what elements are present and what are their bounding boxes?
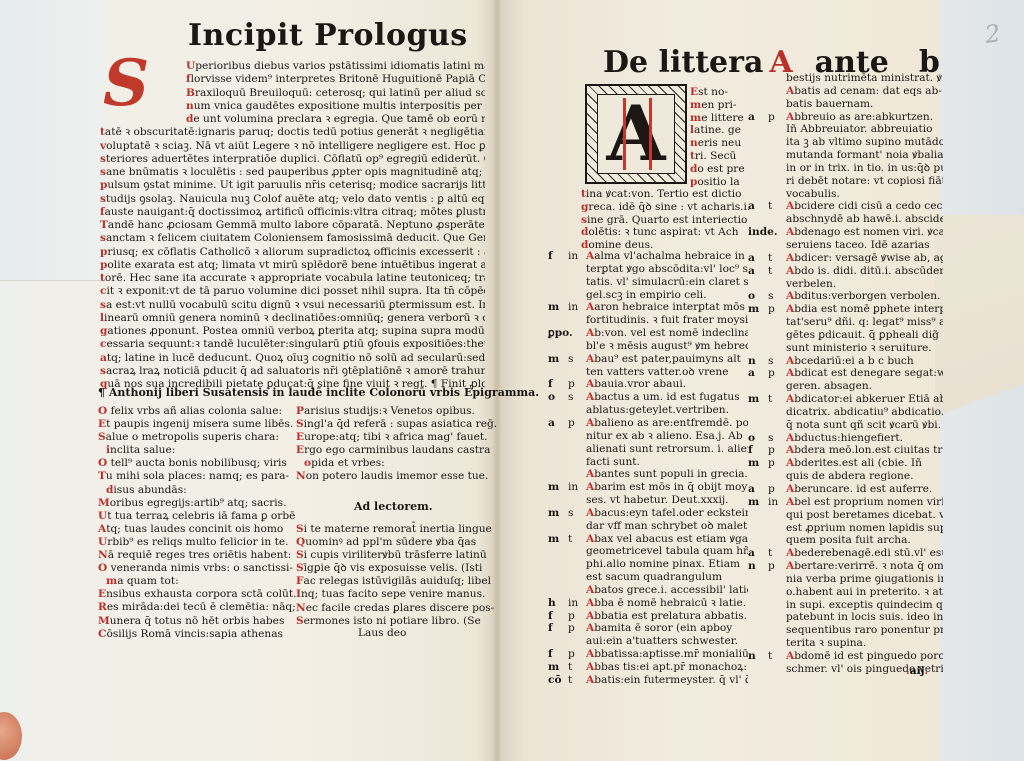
dictionary-entry-line: est ꝓprium nomen lapidis super [748,522,943,535]
entry-text: Abel est proprium nomen viri [786,496,943,509]
dictionary-entry-line: fpAbdera meō.lon.est ciuitas tra [748,444,943,457]
gender-marker: f [548,250,568,263]
declension-marker [568,366,586,379]
dictionary-entry-line: facti sunt. [548,456,748,469]
dictionary-entry-line: msAbau⁹ est pater,pauimyns alt [548,353,748,366]
dictionary-entry-line: seruiens taceo. Idē azarias [748,239,943,252]
gender-marker: a [748,265,768,278]
lector-verse-line: Si te materne remorat̄ inertia lingue [296,523,486,536]
entry-text: Abba ē nomē hebraicū ꝛ latie. [586,597,748,610]
dictionary-entry-line: fpAbauia.vror abaui. [548,378,748,391]
dictionary-entry-line: fpAbamita ē soror (ein apboy [548,622,748,635]
declension-marker: p [768,444,786,457]
gender-marker [748,213,768,226]
gender-marker: a [748,367,768,380]
intro-line: do est pre [690,163,750,176]
entry-text: qui post beretames dicebat. vel [786,509,943,522]
intro-line: tina ꝟcat:von. Tertio est dictio [581,188,749,201]
dictionary-entry-line: aui:ein a'tuatters schwester. [548,635,748,648]
rubric-stroke [649,98,652,170]
gender-marker [748,611,768,624]
entry-text: Abcedariū:ei a b c buch [786,355,943,368]
entry-text: Abatis:ein futermeyster. q̄ vl' q̄ [586,674,748,687]
dictionary-entry-line: q̄ nota sunt qñ scit ꝟcarū ꝟbi. [748,419,943,432]
gender-marker [548,545,568,558]
declension-marker [768,213,786,226]
entry-text: ri debēt notare: vt copiosi fiāt in [786,175,943,188]
dictionary-entry-line: patebunt in locis suis. ideo in [748,611,943,624]
entry-text: Abacus:eyn tafel.oder eckstein [586,507,748,520]
entry-text: Abalieno as are:entfremdē. po [586,417,748,430]
prologue-line: voluptatē ꝛ sciaꝫ. Nā vt aiūt Legere ꝛ n… [100,140,485,153]
declension-marker: in [568,250,586,263]
gender-marker: f [548,378,568,391]
epigram-verse-line: Moribus egregijs:artib⁹ atq; sacris. [98,497,288,510]
dictionary-entry-line: mtAbax vel abacus est etiam ꝟga [548,533,748,546]
prologue-line: sa est:vt nullū vocabulū scitu dignū ꝛ v… [100,299,485,312]
woodcut-frame: A [597,94,675,174]
declension-marker [768,637,786,650]
declension-marker [768,329,786,342]
gender-marker: o [748,290,768,303]
entry-text: geometricevel tabula quam hñt [586,545,748,558]
declension-marker: s [768,432,786,445]
dictionary-entry-line: fpAbbatia est prelatura abbatis. [548,610,748,623]
declension-marker: t [768,200,786,213]
epigram-verse-line: Cōsilijs Romā vincis:sapia athenas [98,628,288,641]
declension-marker [768,278,786,291]
epigram-verse-line: opida et vrbes: [296,457,486,470]
entry-text: quem posita fuit archa. [786,534,943,547]
declension-marker [568,545,586,558]
gender-marker [748,380,768,393]
gender-marker: n [748,355,768,368]
entry-text: ablatus:geteylet.vertriben. [586,404,748,417]
gender-marker [548,289,568,302]
entry-text: Abbas tis:ei apt.pr̄ monachoꝝ: [586,661,748,674]
entry-text: Abarim est mōs in q̄ obijt moy [586,481,748,494]
declension-marker [768,534,786,547]
declension-marker [568,404,586,417]
gender-marker: cō [548,674,568,687]
gender-marker: ꝑpo. [548,327,568,340]
declension-marker [768,136,786,149]
entry-text: Abatos grece.i. accessibil' latie. [586,584,748,597]
lector-verse-line: Si cupis viriliterꝟbū trāsferre latinū [296,549,486,562]
declension-marker [768,226,786,239]
epigram-verse-line: Ergo ego carminibus laudans castra [296,444,486,457]
declension-marker [568,289,586,302]
folded-page-corner [935,215,1024,515]
gender-marker: inde. [748,226,768,239]
dictionary-entry-line: geometricevel tabula quam hñt [548,545,748,558]
dictionary-entry-line: terꝑtat ꝟgo abscōdita:vl' loc⁹ sni [548,263,748,276]
epigram-verse-line: Tu mihi sola places: namq; es para- [98,470,288,483]
prologue-line: polite exarata est atq; limata vt mirū s… [100,259,485,272]
prologue-line: Uperioribus diebus varios pstātissimi id… [100,60,485,73]
entry-text: Abactus a um. id est fugatus [586,391,748,404]
entry-text: fortitudinis. ꝛ fuit frater moysi. [586,314,748,327]
gender-marker [748,162,768,175]
dictionary-entry-line: finAalma vl'achalma hebraice in [548,250,748,263]
dictionary-entry-line: minAbarim est mōs in q̄ obijt moy [548,481,748,494]
gender-marker: a [748,111,768,124]
gender-marker: m [748,457,768,470]
entry-text: Abdicator:ei abkeruer Etiā ab [786,393,943,406]
declension-marker [768,509,786,522]
declension-marker: t [568,661,586,674]
entry-text: Aalma vl'achalma hebraice in [586,250,748,263]
entry-text: Abederebenagē.edi stū.vl' esuꝫ [786,547,943,560]
entry-text: terꝑtat ꝟgo abscōdita:vl' loc⁹ sni [586,263,748,276]
gender-marker [548,263,568,276]
prologue-line: steriores aduertētes interpratiōe duplic… [100,153,485,166]
entry-text: Abertare:verirrē. ꝛ nota q̄ om [786,560,943,573]
entry-text: phi.alio nomine pinax. Etiam [586,558,748,571]
epigram-verse-line: Urbib⁹ es reliqs multo felicior in te. [98,536,288,549]
prologue-line: studijs ꝯsolaꝫ. Nauicula nuꝫ Colof auēte… [100,193,485,206]
declension-marker [568,635,586,648]
gender-marker [748,573,768,586]
declension-marker [768,188,786,201]
prologue-line: sanctam ꝛ felicem ciuitatem Coloniensem … [100,232,485,245]
gender-marker: n [748,650,768,663]
gender-marker [748,316,768,329]
lector-verse-line: Inq; tuas facito sepe venire manus. [296,588,486,601]
dictionary-entry-line: bestijs nutrimēta ministrat. ꝟ. [748,72,943,85]
declension-marker [568,468,586,481]
declension-marker: t [768,252,786,265]
declension-marker: p [568,378,586,391]
declension-marker [768,342,786,355]
declension-marker [768,522,786,535]
dictionary-entry-line: sequentibus raro ponentur pre [748,624,943,637]
declension-marker: in [768,496,786,509]
gender-marker: o [748,432,768,445]
entry-text: Abdera meō.lon.est ciuitas tra [786,444,943,457]
gender-marker: f [548,610,568,623]
gender-marker: a [748,547,768,560]
declension-marker: p [568,648,586,661]
entry-text: facti sunt. [586,456,748,469]
dictionary-entry-line: bl'e ꝛ mēsis august⁹ ꝟm hebreos [548,340,748,353]
epigram-verse-line: Parisius studijs:ꝛ Venetos opibus. [296,405,486,418]
declension-marker [568,456,586,469]
dictionary-entry-line: batis bauernam. [748,98,943,111]
dictionary-entry-line: geren. absagen. [748,380,943,393]
dictionary-entry-line: quis de abdera regione. [748,470,943,483]
epigram-verse-line: Et paupis ingenij misera sume libēs. [98,418,288,431]
gender-marker [548,571,568,584]
dictionary-entry-line: gel.scꝫ in empirio celi. [548,289,748,302]
entry-text: Iñ Abbreuiator. abbreuiatio [786,123,943,136]
dictionary-entry-line: ablatus:geteylet.vertriben. [548,404,748,417]
gender-marker [748,470,768,483]
epigram-verse-line: Europe:atq; tibi ꝛ africa mag' fauet. [296,431,486,444]
entry-text: in or in trix. in tio. in us:q̄ꝺ pue- [786,162,943,175]
dictionary-entry-line: osAbductus:hiengefiert. [748,432,943,445]
prologue-line: atq; latine in lucē deducunt. Quoꝝ oīuꝫ … [100,352,485,365]
declension-marker: p [768,111,786,124]
epigram-verse-line: Ut tua terraꝝ celebris iā fama ꝑ orbē [98,510,288,523]
declension-marker: in [568,481,586,494]
declension-marker: t [568,533,586,546]
ad-lectorem-heading: Ad lectorem. [354,500,433,513]
entry-text: Abductus:hiengefiert. [786,432,943,445]
dictionary-entry-line: osAbditus:verborgen verbolen. [748,290,943,303]
entry-text: Abax vel abacus est etiam ꝟga [586,533,748,546]
woodcut-initial: A [585,84,687,184]
entry-text: Abbatia est prelatura abbatis. [586,610,748,623]
gender-marker [748,522,768,535]
dictionary-entry-line: est sacum quadrangulum [548,571,748,584]
epigram-verse-line: O felix vrbs añ alias colonia salue: [98,405,288,418]
declension-marker: t [768,265,786,278]
gender-marker [748,85,768,98]
gender-marker: n [748,560,768,573]
entry-text: est sacum quadrangulum [586,571,748,584]
prologue-line: tatē ꝛ obscuritatē:ignaris paruq; doctis… [100,126,485,139]
ad-lectorem-verse: Si te materne remorat̄ inertia lingueQuo… [296,523,486,628]
gender-marker: m [548,533,568,546]
gender-marker [748,329,768,342]
declension-marker: s [568,391,586,404]
declension-marker [768,611,786,624]
declension-marker [768,85,786,98]
rubric-stroke [623,98,626,170]
declension-marker: s [568,353,586,366]
dictionary-entry-line: nsAbcedariū:ei a b c buch [748,355,943,368]
entry-text: Abbreuio as are:abkurtzen. [786,111,943,124]
entry-text: vocabulis. [786,188,943,201]
intro-text-beside-initial: Est no-men pri-me litterelatine. generis… [690,86,750,188]
gender-marker [548,494,568,507]
declension-marker [568,276,586,289]
declension-marker: p [768,560,786,573]
gender-marker [748,188,768,201]
gender-marker: a [748,252,768,265]
gender-marker: f [548,648,568,661]
lector-verse-line: Fac relegas istūvigilās auiduſq; libel [296,575,486,588]
dictionary-entry-line: cōtAbatis:ein futermeyster. q̄ vl' q̄ [548,674,748,687]
entry-text: geren. absagen. [786,380,943,393]
prologue-line: linearū omniū genera nominū ꝛ declinatiō… [100,312,485,325]
intro-line: greca. idē q̄ꝺ sine : vt acharis.i. [581,201,749,214]
gender-marker: a [748,200,768,213]
left-page-margin-repair [0,0,105,281]
declension-marker: t [768,547,786,560]
declension-marker [568,558,586,571]
gender-marker [748,98,768,111]
entry-text: Aberuncare. id est auferre. [786,483,943,496]
declension-marker [568,494,586,507]
epigram-verse-line: O tell⁹ aucta bonis nobilibusq; viris [98,457,288,470]
gender-marker [548,314,568,327]
gender-marker [548,340,568,353]
woodcut-letter: A [607,96,666,172]
dictionary-entry-line: alienati sunt retrorsum. i. alieni [548,443,748,456]
entry-text: dicatrix. abdicatiu⁹ abdicatio. [786,406,943,419]
dictionary-column-2: bestijs nutrimēta ministrat. ꝟ.Abatis ad… [748,72,943,676]
dictionary-entry-line: atAbcidere cidi cisū a cedo cecidi. [748,200,943,213]
dictionary-entry-line: Abatis ad cenam: dat eqs ab- [748,85,943,98]
dictionary-entry-line: atAbdo is. didi. ditū.i. abscūdere [748,265,943,278]
lector-verse-line: Sermones isto ni potiare libro. (Se [296,615,486,628]
declension-marker: s [768,290,786,303]
entry-text: Abdo is. didi. ditū.i. abscūdere [786,265,943,278]
dictionary-entry-line: ita ꝫ ab vltimo supino mutādo [748,136,943,149]
dictionary-entry-line: abschnydē ab hawē.i. abscider. [748,213,943,226]
gender-marker: h [548,597,568,610]
declension-marker: p [768,367,786,380]
dictionary-entry-line: in or in trix. in tio. in us:q̄ꝺ pue- [748,162,943,175]
prologue-line: gationes ꝓponunt. Postea omniū verboꝝ ꝑt… [100,325,485,338]
entry-text: terita ꝛ supina. [786,637,943,650]
dictionary-entry-line: ntAbdomē id est pinguedo porci: [748,650,943,663]
declension-marker [568,520,586,533]
intro-line: positio la [690,176,750,189]
entry-text: Abauia.vror abaui. [586,378,748,391]
gender-marker [548,276,568,289]
entry-text: batis bauernam. [786,98,943,111]
dictionary-entry-line: atAbdicer: versagē ꝟwise ab, agē [748,252,943,265]
entry-text: Ab:von. vel est nomē indeclina [586,327,748,340]
prologue-line: cessaria sequunt:ꝛ tandē luculēter:singu… [100,338,485,351]
gender-marker [748,534,768,547]
gender-marker [748,136,768,149]
dictionary-entry-line: mpAbderites.est ali (cbie. Iñ [748,457,943,470]
intro-line: men pri- [690,99,750,112]
gender-marker: m [548,481,568,494]
entry-text: ita ꝫ ab vltimo supino mutādo [786,136,943,149]
entry-text: quis de abdera regione. [786,470,943,483]
dictionary-entry-line: o.habent aui in preterito. ꝛ atū [748,586,943,599]
declension-marker [768,624,786,637]
gender-marker: m [748,303,768,316]
declension-marker [568,584,586,597]
entry-text: dar vff man schrybet oꝺ malet [586,520,748,533]
dictionary-entry-line: hinAbba ē nomē hebraicū ꝛ latie. [548,597,748,610]
dictionary-entry-line: tat'seru⁹ dñi. q: legat⁹ miss⁹ ad [748,316,943,329]
declension-marker [768,316,786,329]
gender-marker: f [548,622,568,635]
gender-marker [748,599,768,612]
gender-marker [748,123,768,136]
dictionary-entry-line: quem posita fuit archa. [748,534,943,547]
dictionary-entry-line: Abatos grece.i. accessibil' latie. [548,584,748,597]
dictionary-entry-line: mtAbbas tis:ei apt.pr̄ monachoꝝ: [548,661,748,674]
declension-marker [768,162,786,175]
declension-marker [768,419,786,432]
gender-marker [748,342,768,355]
declension-marker [568,314,586,327]
dictionary-entry-line: atAbederebenagē.edi stū.vl' esuꝫ [748,547,943,560]
entry-text: bestijs nutrimēta ministrat. ꝟ. [786,72,943,85]
declension-marker: p [768,303,786,316]
declension-marker [768,663,786,676]
dictionary-entry-line: mutanda formant' noia ꝟbalia [748,149,943,162]
prologue-text: Uperioribus diebus varios pstātissimi id… [100,60,485,391]
entry-text: abschnydē ab hawē.i. abscider. [786,213,943,226]
gender-marker [748,586,768,599]
entry-text: est ꝓprium nomen lapidis super [786,522,943,535]
epigram-verse-line: disus abundās: [98,484,288,497]
declension-marker [768,149,786,162]
prologue-line: Braxiloquū Breuiloquū: ceterosq; qui lat… [100,87,485,100]
epigram-column-b: Parisius studijs:ꝛ Venetos opibus.Singl'… [296,405,486,484]
prologue-line: Tandē hanc ꝓciosam Gemmā multo labore cō… [100,219,485,232]
declension-marker: p [568,610,586,623]
entry-text: aui:ein a'tuatters schwester. [586,635,748,648]
dictionary-entry-line: terita ꝛ supina. [748,637,943,650]
title-de-littera: De littera [603,45,763,80]
dictionary-entry-line: osAbactus a um. id est fugatus [548,391,748,404]
dictionary-entry-line: qui post beretames dicebat. vel [748,509,943,522]
declension-marker: s [568,507,586,520]
intro-line: tri. Secū [690,150,750,163]
epigram-verse-line: Nā requiē reges tres oriētis habent: [98,549,288,562]
declension-marker [568,430,586,443]
dictionary-entry-line: minAbel est proprium nomen viri [748,496,943,509]
dictionary-entry-line: fortitudinis. ꝛ fuit frater moysi. [548,314,748,327]
declension-marker: p [768,483,786,496]
dictionary-entry-line: ri debēt notare: vt copiosi fiāt in [748,175,943,188]
declension-marker [768,380,786,393]
entry-text: Abdia est nomē ꝑphete interpre [786,303,943,316]
intro-line: neris neu [690,137,750,150]
dictionary-entry-line: nia verba prime ꝯiugationis in [748,573,943,586]
dictionary-entry-line: dicatrix. abdicatiu⁹ abdicatio. [748,406,943,419]
epigram-heading: ¶ Anthonij liberi Susatensis in laudē in… [98,386,539,399]
declension-marker: p [568,417,586,430]
entry-text: gētes ꝑdicauit. q̄ ꝑpheali dig̃ [786,329,943,342]
entry-text: Abcidere cidi cisū a cedo cecidi. [786,200,943,213]
entry-text: Abatis ad cenam: dat eqs ab- [786,85,943,98]
dictionary-entry-line: verbelen. [748,278,943,291]
intro-line: sine grā. Quarto est interiectio [581,214,749,227]
declension-marker [568,443,586,456]
dictionary-entry-line: minAaron hebraice interꝑtat mōs [548,301,748,314]
declension-marker: p [568,622,586,635]
declension-marker: t [768,393,786,406]
laus-deo-closing: Laus deo [358,627,406,639]
gender-marker [748,624,768,637]
dictionary-entry-line: in supi. exceptis quindecim que [748,599,943,612]
prologue-line: fauste nauigant:q̄ doctissimoꝝ artificū … [100,206,485,219]
entry-text: mutanda formant' noia ꝟbalia [786,149,943,162]
entry-text: ses. vt habetur. Deut.xxxij. [586,494,748,507]
declension-marker: in [568,301,586,314]
gender-marker [748,278,768,291]
gender-marker [548,430,568,443]
dictionary-entry-line: mpAbdia est nomē ꝑphete interpre [748,303,943,316]
declension-marker [768,573,786,586]
dictionary-entry-line: ten vatters vatter.oꝺ vrene [548,366,748,379]
prologue-line: sane bnūmatis ꝛ loculētis : sed pauperib… [100,166,485,179]
gender-marker [548,584,568,597]
prologue-line: cit ꝛ exponit:vt de tā paruo volumine di… [100,285,485,298]
gender-marker [748,239,768,252]
entry-text: Abantes sunt populi in grecia. [586,468,748,481]
entry-text: Abdicer: versagē ꝟwise ab, agē [786,252,943,265]
lector-verse-line: Sīgꝑie q̄ꝺ vis exposuisse velis. (Isti [296,562,486,575]
declension-marker [568,263,586,276]
entry-text: sequentibus raro ponentur pre [786,624,943,637]
entry-text: Abbatissa:aptisse.mr̄ monialiū [586,648,748,661]
prologue-line: priusq; ex cōflatis Catholicō ꝛ aliorum … [100,246,485,259]
declension-marker [768,123,786,136]
dictionary-entry-line: apAbbreuio as are:abkurtzen. [748,111,943,124]
